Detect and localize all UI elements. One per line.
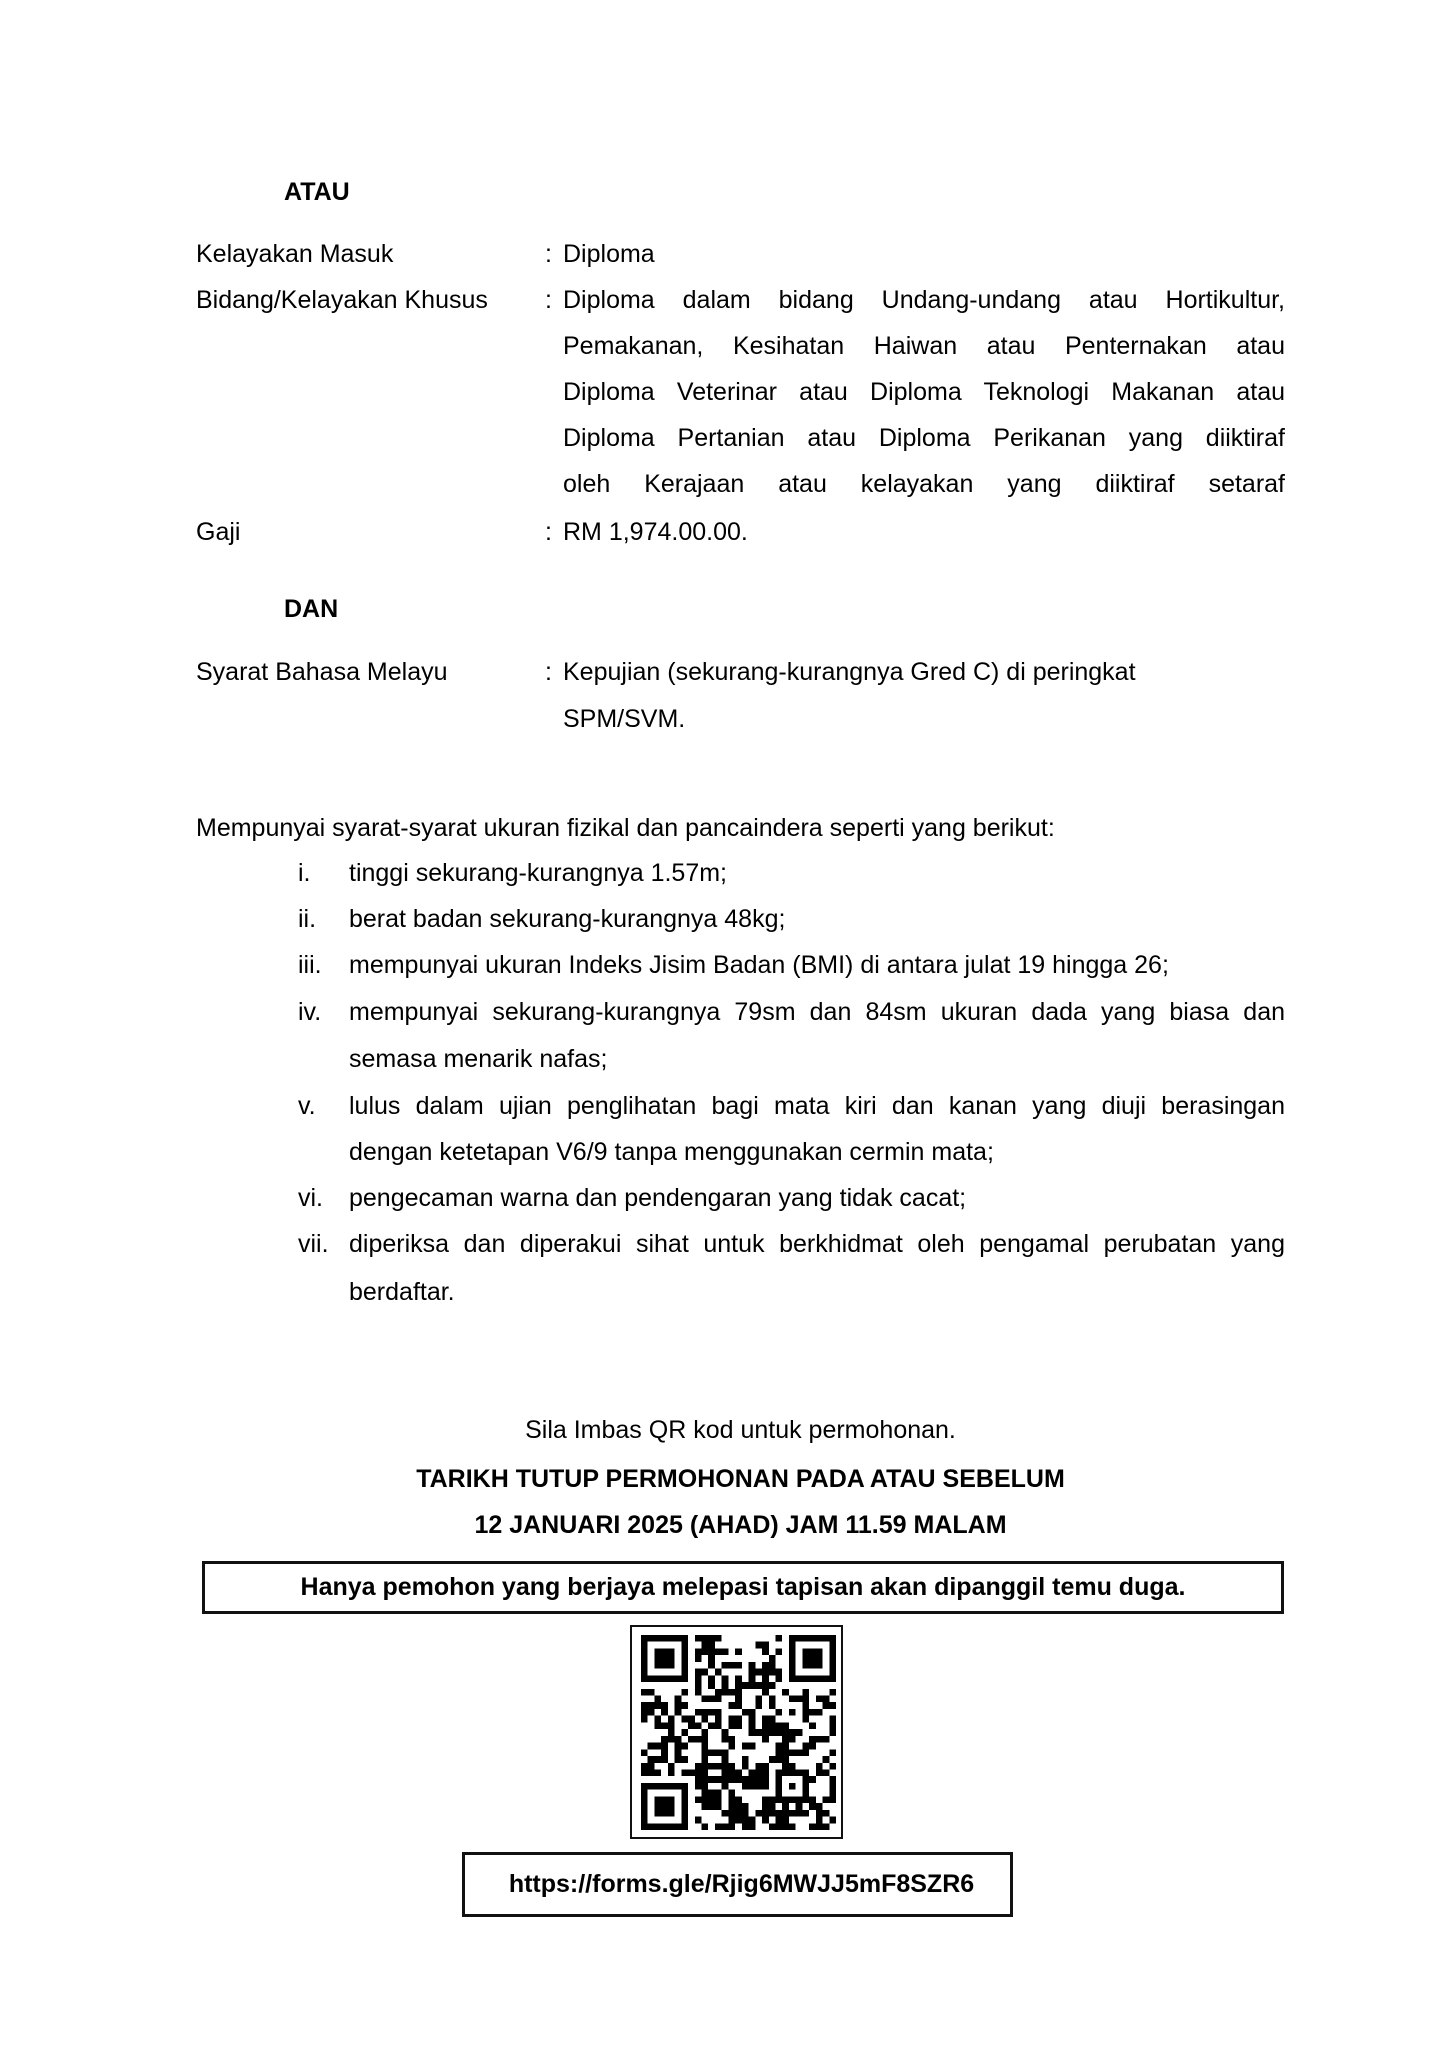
list-item: pengecaman warna dan pendengaran yang ti… [349, 1186, 966, 1211]
bidang-line: Diploma dalam bidang Undang-undang atau … [563, 288, 1285, 313]
value-gaji: RM 1,974.00.00. [563, 520, 748, 545]
bidang-line: oleh Kerajaan atau kelayakan yang diikti… [563, 472, 1285, 497]
list-item-continued: semasa menarik nafas; [349, 1047, 607, 1072]
colon: : [545, 242, 552, 267]
colon: : [545, 660, 552, 685]
application-link-box[interactable]: https://forms.gle/Rjig6MWJJ5mF8SZR6 [462, 1852, 1013, 1917]
list-item: mempunyai sekurang-kurangnya 79sm dan 84… [349, 1000, 1285, 1025]
heading-atau: ATAU [284, 180, 350, 205]
physical-intro: Mempunyai syarat-syarat ukuran fizikal d… [196, 816, 1055, 841]
list-number: i. [298, 861, 311, 886]
label-bidang: Bidang/Kelayakan Khusus [196, 288, 488, 313]
scan-instruction: Sila Imbas QR kod untuk permohonan. [196, 1418, 1285, 1443]
qr-code-icon[interactable] [641, 1635, 836, 1830]
list-number: v. [298, 1094, 316, 1119]
list-item-continued: berdaftar. [349, 1280, 455, 1305]
interview-notice: Hanya pemohon yang berjaya melepasi tapi… [301, 1573, 1186, 1602]
list-item: diperiksa dan diperakui sihat untuk berk… [349, 1232, 1285, 1257]
list-item: lulus dalam ujian penglihatan bagi mata … [349, 1094, 1285, 1119]
list-number: iv. [298, 1000, 321, 1025]
value-kelayakan-masuk: Diploma [563, 242, 655, 267]
deadline-line-1: TARIKH TUTUP PERMOHONAN PADA ATAU SEBELU… [196, 1467, 1285, 1492]
list-number: vi. [298, 1186, 323, 1211]
list-number: ii. [298, 907, 316, 932]
colon: : [545, 520, 552, 545]
label-kelayakan-masuk: Kelayakan Masuk [196, 242, 393, 267]
bidang-line: Diploma Pertanian atau Diploma Perikanan… [563, 426, 1285, 451]
list-number: iii. [298, 953, 322, 978]
colon: : [545, 288, 552, 313]
list-item: berat badan sekurang-kurangnya 48kg; [349, 907, 785, 932]
bidang-line: Diploma Veterinar atau Diploma Teknologi… [563, 380, 1285, 405]
label-bahasa: Syarat Bahasa Melayu [196, 660, 448, 685]
list-item: tinggi sekurang-kurangnya 1.57m; [349, 861, 727, 886]
bahasa-line: Kepujian (sekurang-kurangnya Gred C) di … [563, 660, 1136, 685]
heading-dan: DAN [284, 597, 338, 622]
qr-code-frame[interactable] [630, 1625, 843, 1839]
list-item-continued: dengan ketetapan V6/9 tanpa menggunakan … [349, 1140, 994, 1165]
list-item: mempunyai ukuran Indeks Jisim Badan (BMI… [349, 953, 1169, 978]
list-number: vii. [298, 1232, 329, 1257]
interview-notice-box: Hanya pemohon yang berjaya melepasi tapi… [202, 1561, 1284, 1614]
deadline-line-2: 12 JANUARI 2025 (AHAD) JAM 11.59 MALAM [196, 1513, 1285, 1538]
bidang-line: Pemakanan, Kesihatan Haiwan atau Pentern… [563, 334, 1285, 359]
application-url-link[interactable]: https://forms.gle/Rjig6MWJJ5mF8SZR6 [509, 1870, 974, 1899]
label-gaji: Gaji [196, 520, 240, 545]
bahasa-line: SPM/SVM. [563, 707, 685, 732]
